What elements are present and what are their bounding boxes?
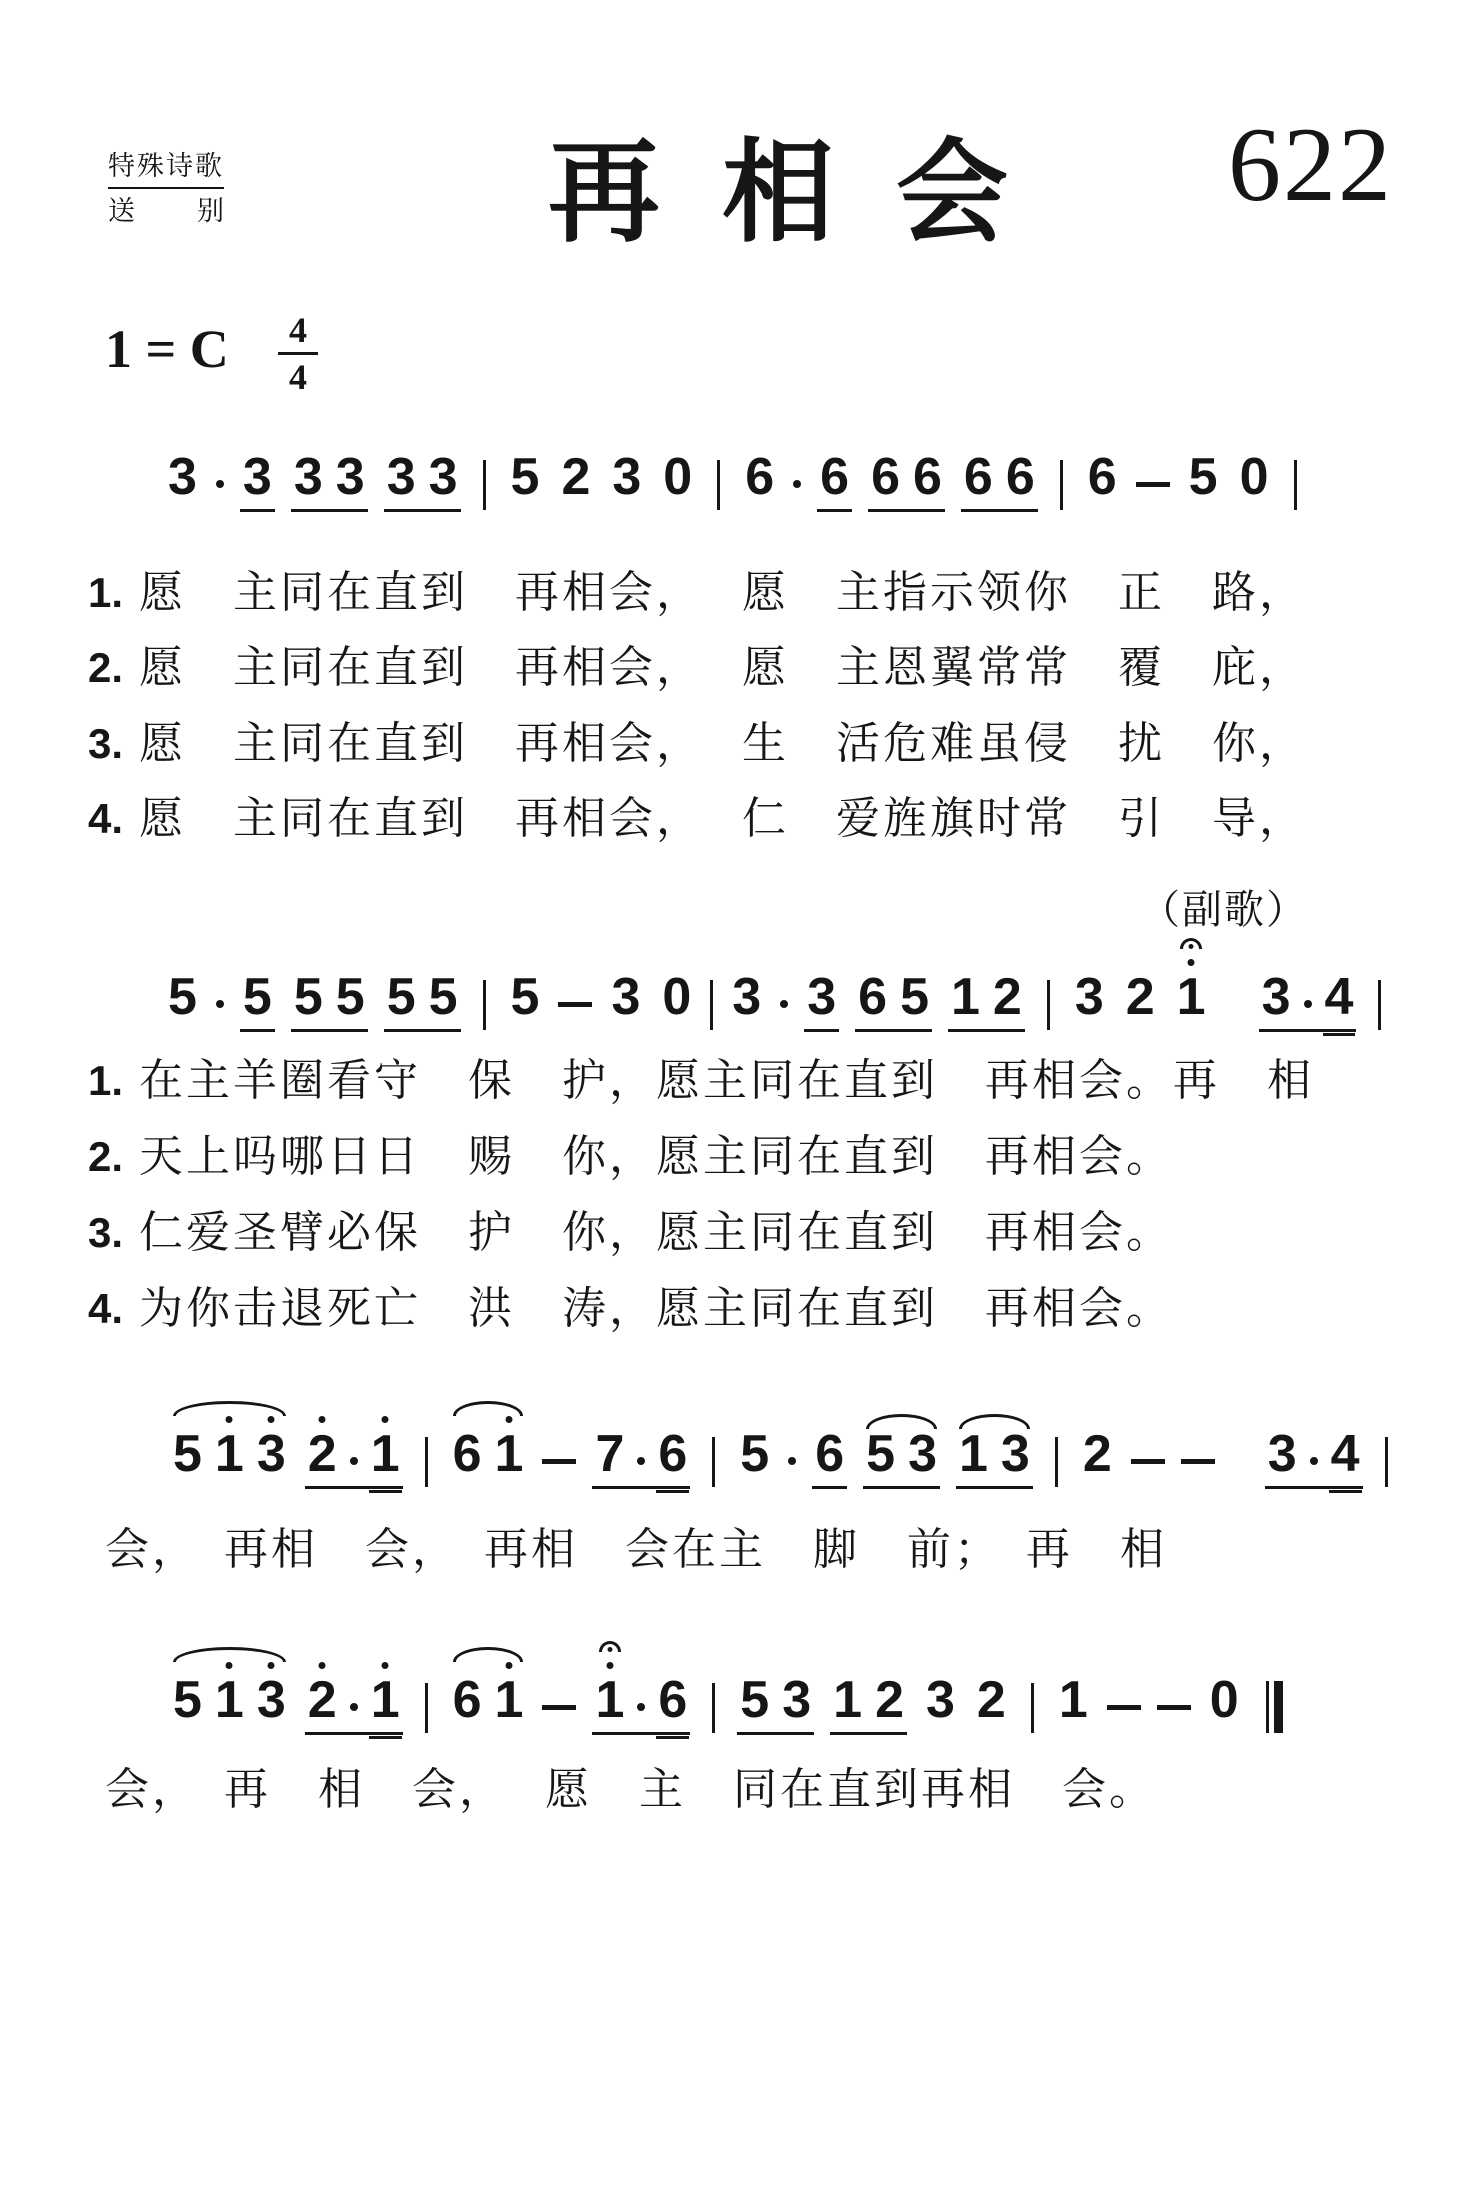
bar-line [1378, 980, 1381, 1030]
duration-dot [1310, 1457, 1318, 1465]
final-bar-thick [1274, 1681, 1283, 1733]
bar-line [483, 980, 486, 1030]
jianpu-note: 3 [1075, 971, 1104, 1023]
note-group: 0 [659, 971, 694, 1032]
note-digit: 2 [875, 1674, 904, 1726]
note-digit: 6 [858, 971, 887, 1023]
note-digit: 1 [1059, 1674, 1088, 1726]
beam-group: 55 [291, 971, 368, 1032]
note-digit: 6 [1088, 451, 1117, 503]
note-group: 2 [558, 451, 593, 512]
note-digit: 3 [926, 1674, 955, 1726]
note-group: 3 [923, 1674, 958, 1735]
chorus-line-1: 1. 在主羊圈看守 保 护，愿主同在直到 再相会。再 相 [88, 1055, 1314, 1108]
octave-dot [226, 1662, 233, 1669]
jianpu-note: 3 [257, 1428, 286, 1480]
note-digit: 5 [740, 1674, 769, 1726]
jianpu-note: 3 [1262, 971, 1291, 1023]
beam-group: 13 [956, 1428, 1033, 1489]
note-digit: 6 [871, 451, 900, 503]
beam-group: 12 [830, 1674, 907, 1735]
jianpu-note: 3 [243, 451, 272, 503]
note-group: 6 [1085, 451, 1120, 512]
duration-dot [216, 480, 224, 488]
jianpu-note: 6 [1006, 451, 1035, 503]
note-digit: 6 [453, 1428, 482, 1480]
note-digit: 3 [732, 971, 761, 1023]
chorus-text: 仁爱圣臂必保 护 你，愿主同在直到 再相会。 [139, 1207, 1173, 1260]
note-group: 2 [974, 1674, 1009, 1735]
note-group: 3 [608, 971, 643, 1032]
beam-group: 66 [961, 451, 1038, 512]
note-digit: 2 [308, 1674, 337, 1726]
jianpu-note: 6 [658, 1428, 687, 1480]
octave-dot [606, 1662, 613, 1669]
hymn-title: 再相会 [548, 138, 1070, 250]
slur-arc [173, 1401, 286, 1416]
beam-group: 76 [592, 1428, 690, 1489]
time-signature-numerator: 4 [278, 312, 318, 355]
jianpu-note: 3 [908, 1428, 937, 1480]
beam-group: 12 [948, 971, 1025, 1032]
jianpu-note: 3 [732, 971, 761, 1023]
bar-line [712, 1683, 715, 1733]
dash-mark [1107, 1705, 1141, 1710]
bar-line [425, 1683, 428, 1733]
octave-dot [226, 1416, 233, 1423]
beam-group: 513 [170, 1674, 289, 1735]
category-subname-char1: 送 [108, 195, 135, 227]
verse-text: 愿 主同在直到 再相会， 愿 主恩翼常常 覆 庇， [139, 642, 1306, 695]
octave-dot [319, 1416, 326, 1423]
note-digit: 3 [257, 1674, 286, 1726]
beam-group: 3 [804, 971, 839, 1032]
jianpu-note: 4 [1325, 971, 1354, 1023]
jianpu-note: 6 [453, 1428, 482, 1480]
final-bar-thin [1266, 1681, 1269, 1733]
category-subname: 送 别 [108, 189, 224, 227]
note-group: 5 [1186, 451, 1221, 512]
note-digit: 5 [173, 1674, 202, 1726]
bar-line [712, 1437, 715, 1487]
bar-line [483, 460, 486, 510]
note-digit: 4 [1331, 1428, 1360, 1480]
octave-dot [382, 1662, 389, 1669]
note-digit: 5 [294, 971, 323, 1023]
chorus-line-2: 2. 天上吗哪日日 赐 你，愿主同在直到 再相会。 [88, 1131, 1173, 1184]
jianpu-note: 6 [453, 1674, 482, 1726]
note-digit: 1 [495, 1428, 524, 1480]
note-digit: 3 [387, 451, 416, 503]
beam-group: 6 [817, 451, 852, 512]
jianpu-note: 0 [663, 451, 692, 503]
note-digit: 6 [913, 451, 942, 503]
jianpu-note: 6 [815, 1428, 844, 1480]
duration-dot [350, 1457, 358, 1465]
music-line-4: 51321611653123210 [170, 1673, 1283, 1735]
jianpu-note: 2 [1083, 1428, 1112, 1480]
note-digit: 3 [1075, 971, 1104, 1023]
octave-dot [382, 1416, 389, 1423]
beam-group: 3 [240, 451, 275, 512]
duration-dot [637, 1457, 645, 1465]
note-digit: 0 [1240, 451, 1269, 503]
note-group: 5 [508, 971, 543, 1032]
verse-number: 1. [88, 567, 123, 620]
note-digit: 1 [1177, 971, 1206, 1023]
jianpu-note: 6 [913, 451, 942, 503]
beam-group: 21 [305, 1674, 403, 1735]
bar-line [1055, 1437, 1058, 1487]
key-signature: 1 = C [105, 322, 229, 376]
note-digit: 0 [662, 971, 691, 1023]
continuation-line-1: 会， 再相 会， 再相 会在主 脚 前； 再 相 [105, 1524, 1167, 1577]
note-digit: 3 [611, 971, 640, 1023]
jianpu-note: 3 [387, 451, 416, 503]
note-digit: 3 [612, 451, 641, 503]
note-digit: 2 [1083, 1428, 1112, 1480]
note-digit: 2 [1126, 971, 1155, 1023]
beam-group: 61 [450, 1428, 527, 1489]
chorus-text: 天上吗哪日日 赐 你，愿主同在直到 再相会。 [139, 1131, 1173, 1184]
note-digit: 5 [429, 971, 458, 1023]
fermata-mark [1180, 938, 1202, 949]
note-group: 5 [165, 971, 200, 1032]
note-group: 3 [729, 971, 764, 1032]
music-line-1: 3333335230666666650 [165, 450, 1303, 512]
category-subname-char2: 别 [197, 195, 224, 227]
verse-number: 3. [88, 718, 123, 771]
duration-dot [350, 1703, 358, 1711]
slur-arc [453, 1401, 524, 1416]
jianpu-note: 3 [612, 451, 641, 503]
music-line-3: 513216176565313234 [170, 1427, 1394, 1489]
note-digit: 3 [429, 451, 458, 503]
note-group: 1 [1174, 971, 1209, 1032]
jianpu-note: 6 [658, 1674, 687, 1726]
octave-dot [1188, 959, 1195, 966]
continuation-text: 会， 再 相 会， 愿 主 同在直到再相 会。 [105, 1764, 1156, 1817]
note-digit: 5 [387, 971, 416, 1023]
chorus-label: （副歌） [1140, 878, 1308, 935]
jianpu-note: 5 [336, 971, 365, 1023]
jianpu-note: 1 [1177, 971, 1206, 1023]
beam-group: 61 [450, 1674, 527, 1735]
jianpu-note: 3 [336, 451, 365, 503]
chorus-text: 在主羊圈看守 保 护，愿主同在直到 再相会。再 相 [139, 1055, 1314, 1108]
note-group: 0 [660, 451, 695, 512]
jianpu-note: 5 [294, 971, 323, 1023]
note-digit: 5 [243, 971, 272, 1023]
jianpu-note: 1 [951, 971, 980, 1023]
beam-group: 6 [812, 1428, 847, 1489]
note-digit: 5 [173, 1428, 202, 1480]
note-digit: 0 [1210, 1674, 1239, 1726]
note-digit: 6 [820, 451, 849, 503]
dash-mark [558, 1002, 592, 1007]
jianpu-note: 0 [1210, 1674, 1239, 1726]
note-digit: 2 [561, 451, 590, 503]
beam-group: 513 [170, 1428, 289, 1489]
slur-arc [959, 1414, 1030, 1429]
duration-dot [793, 480, 801, 488]
duration-dot [1304, 1000, 1312, 1008]
dash-mark [1131, 1459, 1165, 1464]
category-block: 特殊诗歌 送 别 [108, 150, 224, 228]
jianpu-note: 2 [875, 1674, 904, 1726]
fermata-mark [599, 1641, 621, 1652]
jianpu-note: 4 [1331, 1428, 1360, 1480]
bar-line [425, 1437, 428, 1487]
beam-group: 33 [291, 451, 368, 512]
jianpu-note: 1 [833, 1674, 862, 1726]
jianpu-note: 3 [429, 451, 458, 503]
jianpu-note: 5 [740, 1674, 769, 1726]
slur-arc [866, 1414, 937, 1429]
jianpu-note: 1 [495, 1674, 524, 1726]
jianpu-note: 2 [561, 451, 590, 503]
note-digit: 3 [257, 1428, 286, 1480]
slur-arc [453, 1647, 524, 1662]
note-digit: 1 [215, 1674, 244, 1726]
jianpu-note: 5 [511, 971, 540, 1023]
octave-dot [268, 1416, 275, 1423]
jianpu-note: 3 [1001, 1428, 1030, 1480]
beam-group: 66 [868, 451, 945, 512]
note-digit: 3 [908, 1428, 937, 1480]
note-digit: 2 [977, 1674, 1006, 1726]
verse-text: 愿 主同在直到 再相会， 生 活危难虽侵 扰 你， [139, 718, 1306, 771]
verse-line-2: 2. 愿 主同在直到 再相会， 愿 主恩翼常常 覆 庇， [88, 642, 1306, 695]
jianpu-note: 0 [662, 971, 691, 1023]
note-digit: 2 [993, 971, 1022, 1023]
jianpu-note: 1 [495, 1428, 524, 1480]
note-digit: 5 [511, 971, 540, 1023]
verse-text: 愿 主同在直到 再相会， 愿 主指示领你 正 路， [139, 567, 1306, 620]
jianpu-note: 5 [740, 1428, 769, 1480]
category-name: 特殊诗歌 [108, 150, 224, 189]
chorus-line-3: 3. 仁爱圣臂必保 护 你，愿主同在直到 再相会。 [88, 1207, 1173, 1260]
jianpu-note: 5 [173, 1674, 202, 1726]
note-digit: 3 [243, 451, 272, 503]
note-group: 2 [1080, 1428, 1115, 1489]
octave-dot [319, 1662, 326, 1669]
jianpu-note: 3 [782, 1674, 811, 1726]
jianpu-note: 5 [1189, 451, 1218, 503]
beam-group: 5 [240, 971, 275, 1032]
jianpu-note: 1 [595, 1674, 624, 1726]
beam-group: 53 [737, 1674, 814, 1735]
note-digit: 6 [815, 1428, 844, 1480]
jianpu-note: 7 [595, 1428, 624, 1480]
verse-number: 4. [88, 793, 123, 846]
jianpu-note: 6 [964, 451, 993, 503]
continuation-line-2: 会， 再 相 会， 愿 主 同在直到再相 会。 [105, 1764, 1156, 1817]
jianpu-note: 3 [807, 971, 836, 1023]
note-digit: 1 [951, 971, 980, 1023]
hymn-number: 622 [1228, 112, 1393, 218]
jianpu-note: 5 [866, 1428, 895, 1480]
octave-dot [268, 1662, 275, 1669]
time-signature-denominator: 4 [278, 355, 318, 395]
jianpu-note: 5 [429, 971, 458, 1023]
jianpu-note: 5 [243, 971, 272, 1023]
music-line-2: 55555553033651232134 [165, 970, 1387, 1032]
jianpu-note: 0 [1240, 451, 1269, 503]
dash-mark [542, 1705, 576, 1710]
note-digit: 1 [371, 1428, 400, 1480]
dash-mark [1136, 482, 1170, 487]
note-digit: 1 [959, 1428, 988, 1480]
note-group: 6 [742, 451, 777, 512]
note-group: 2 [1123, 971, 1158, 1032]
beam-group: 34 [1265, 1428, 1363, 1489]
dash-mark [542, 1459, 576, 1464]
jianpu-note: 5 [168, 971, 197, 1023]
jianpu-note: 3 [168, 451, 197, 503]
bar-line [1031, 1683, 1034, 1733]
note-digit: 7 [595, 1428, 624, 1480]
note-group: 3 [165, 451, 200, 512]
note-digit: 1 [215, 1428, 244, 1480]
note-digit: 6 [453, 1674, 482, 1726]
duration-dot [788, 1457, 796, 1465]
bar-line [1060, 460, 1063, 510]
jianpu-note: 1 [959, 1428, 988, 1480]
time-signature: 4 4 [278, 312, 318, 395]
note-digit: 5 [740, 1428, 769, 1480]
note-digit: 2 [308, 1428, 337, 1480]
bar-line [1294, 460, 1297, 510]
note-digit: 6 [658, 1428, 687, 1480]
continuation-text: 会， 再相 会， 再相 会在主 脚 前； 再 相 [105, 1524, 1167, 1577]
beam-group: 21 [305, 1428, 403, 1489]
note-digit: 5 [336, 971, 365, 1023]
note-digit: 3 [294, 451, 323, 503]
chorus-number: 3. [88, 1207, 123, 1260]
note-digit: 3 [782, 1674, 811, 1726]
beam-group: 16 [592, 1674, 690, 1735]
note-digit: 6 [658, 1674, 687, 1726]
jianpu-note: 1 [215, 1428, 244, 1480]
note-digit: 3 [1268, 1428, 1297, 1480]
jianpu-note: 2 [308, 1674, 337, 1726]
note-group: 5 [737, 1428, 772, 1489]
note-digit: 5 [511, 451, 540, 503]
chorus-number: 4. [88, 1283, 123, 1336]
verse-text: 愿 主同在直到 再相会， 仁 爱旌旗时常 引 导， [139, 793, 1306, 846]
beam-group: 34 [1259, 971, 1357, 1032]
jianpu-note: 3 [611, 971, 640, 1023]
jianpu-note: 6 [871, 451, 900, 503]
bar-line [717, 460, 720, 510]
jianpu-note: 2 [993, 971, 1022, 1023]
jianpu-note: 3 [926, 1674, 955, 1726]
note-digit: 6 [1006, 451, 1035, 503]
jianpu-note: 3 [257, 1674, 286, 1726]
note-digit: 1 [833, 1674, 862, 1726]
note-digit: 3 [168, 451, 197, 503]
jianpu-note: 5 [387, 971, 416, 1023]
jianpu-note: 3 [1268, 1428, 1297, 1480]
verse-line-1: 1. 愿 主同在直到 再相会， 愿 主指示领你 正 路， [88, 567, 1306, 620]
octave-dot [505, 1416, 512, 1423]
note-digit: 6 [964, 451, 993, 503]
chorus-text: 为你击退死亡 洪 涛，愿主同在直到 再相会。 [139, 1283, 1173, 1336]
chorus-number: 1. [88, 1055, 123, 1108]
bar-line [1047, 980, 1050, 1030]
beam-group: 55 [384, 971, 461, 1032]
jianpu-note: 5 [900, 971, 929, 1023]
dash-mark [1157, 1705, 1191, 1710]
jianpu-note: 6 [858, 971, 887, 1023]
note-digit: 5 [168, 971, 197, 1023]
final-bar-line [1266, 1681, 1283, 1733]
octave-dot [505, 1662, 512, 1669]
note-digit: 1 [371, 1674, 400, 1726]
jianpu-note: 6 [820, 451, 849, 503]
bar-line [1385, 1437, 1388, 1487]
note-group: 5 [508, 451, 543, 512]
jianpu-note: 2 [1126, 971, 1155, 1023]
jianpu-note: 1 [371, 1674, 400, 1726]
note-digit: 5 [866, 1428, 895, 1480]
note-digit: 3 [336, 451, 365, 503]
note-group: 1 [1056, 1674, 1091, 1735]
jianpu-note: 1 [371, 1428, 400, 1480]
verse-number: 2. [88, 642, 123, 695]
verse-line-3: 3. 愿 主同在直到 再相会， 生 活危难虽侵 扰 你， [88, 718, 1306, 771]
jianpu-note: 3 [294, 451, 323, 503]
jianpu-note: 5 [173, 1428, 202, 1480]
chorus-number: 2. [88, 1131, 123, 1184]
duration-dot [780, 1000, 788, 1008]
note-digit: 3 [807, 971, 836, 1023]
note-digit: 1 [495, 1674, 524, 1726]
beam-group: 65 [855, 971, 932, 1032]
note-group: 3 [609, 451, 644, 512]
duration-dot [637, 1703, 645, 1711]
verse-line-4: 4. 愿 主同在直到 再相会， 仁 爱旌旗时常 引 导， [88, 793, 1306, 846]
note-digit: 5 [1189, 451, 1218, 503]
jianpu-note: 1 [215, 1674, 244, 1726]
bar-line [710, 980, 713, 1030]
jianpu-note: 2 [308, 1428, 337, 1480]
jianpu-note: 1 [1059, 1674, 1088, 1726]
note-digit: 3 [1262, 971, 1291, 1023]
note-group: 0 [1237, 451, 1272, 512]
beam-group: 53 [863, 1428, 940, 1489]
dash-mark [1181, 1459, 1215, 1464]
note-digit: 0 [663, 451, 692, 503]
chorus-line-4: 4. 为你击退死亡 洪 涛，愿主同在直到 再相会。 [88, 1283, 1173, 1336]
jianpu-note: 6 [1088, 451, 1117, 503]
note-group: 0 [1207, 1674, 1242, 1735]
jianpu-note: 5 [511, 451, 540, 503]
duration-dot [216, 1000, 224, 1008]
note-digit: 6 [745, 451, 774, 503]
slur-arc [173, 1647, 286, 1662]
note-digit: 5 [900, 971, 929, 1023]
hymn-sheet-page: 特殊诗歌 送 别 再相会 622 1 = C 4 4 3333335230666… [0, 0, 1476, 2185]
note-digit: 1 [595, 1674, 624, 1726]
note-digit: 4 [1325, 971, 1354, 1023]
note-group: 3 [1072, 971, 1107, 1032]
jianpu-note: 2 [977, 1674, 1006, 1726]
jianpu-note: 6 [745, 451, 774, 503]
note-digit: 3 [1001, 1428, 1030, 1480]
beam-group: 33 [384, 451, 461, 512]
